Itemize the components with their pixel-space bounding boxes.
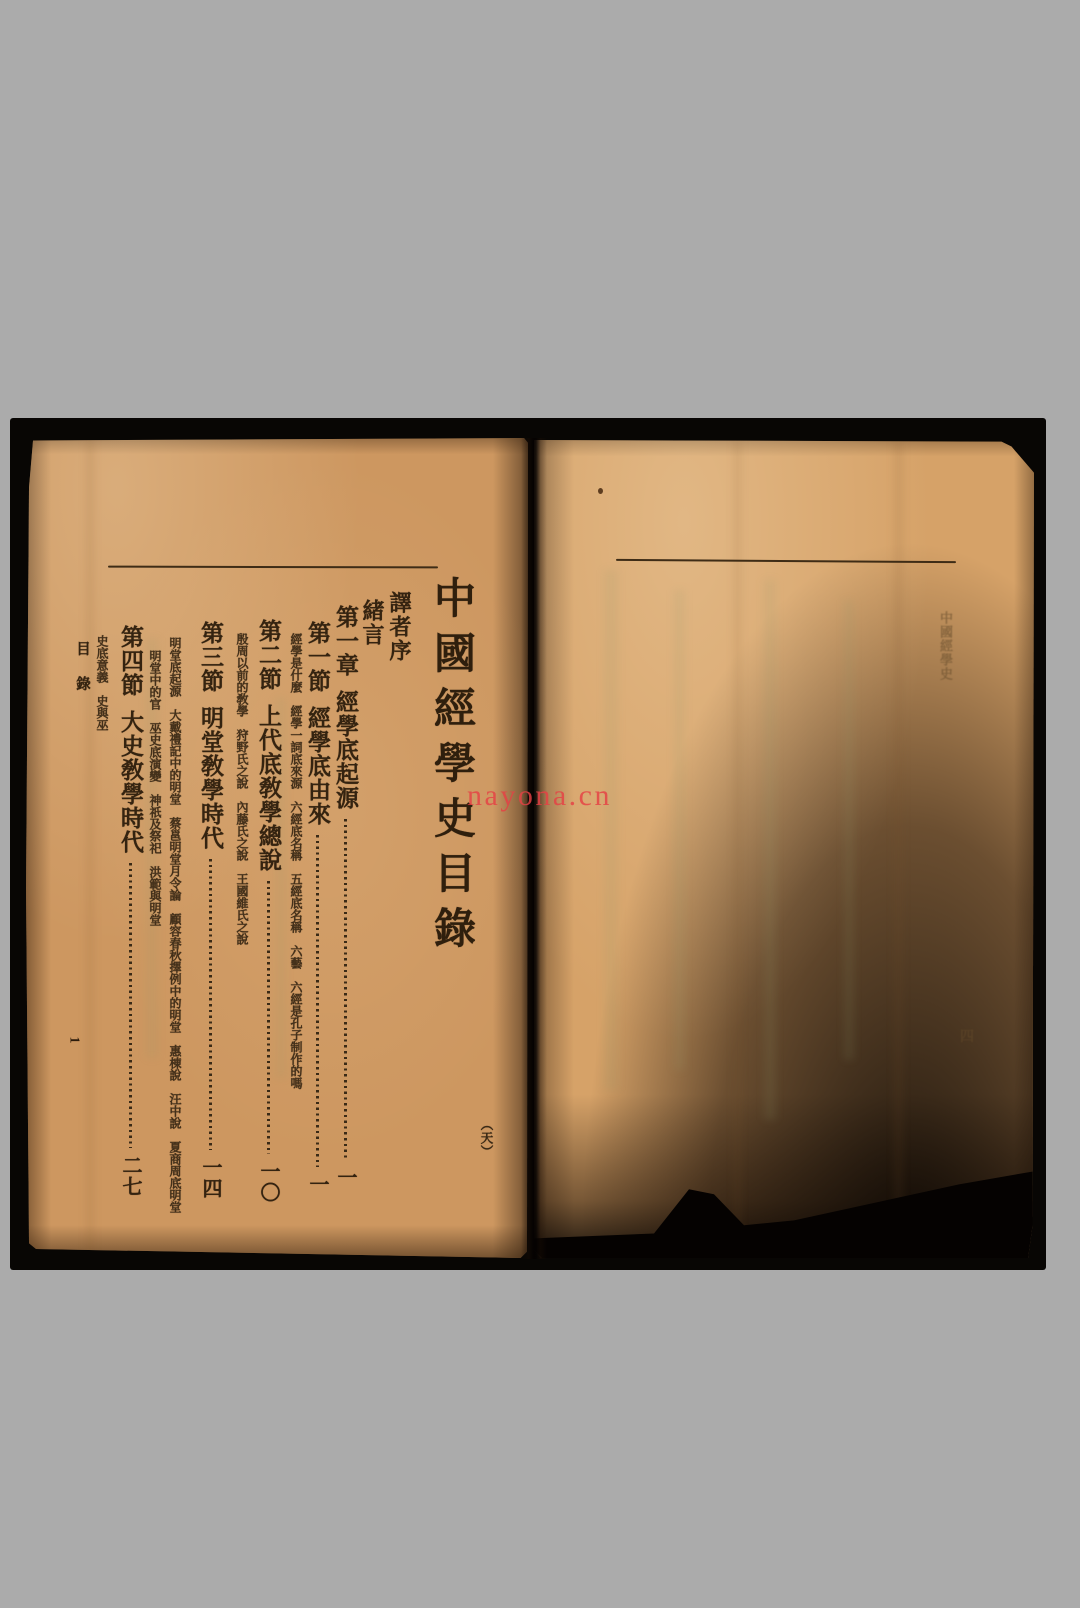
paper-crease — [734, 440, 741, 1258]
dotted-leader — [267, 881, 270, 1154]
show-through-streak — [764, 580, 776, 1120]
right-page — [534, 440, 1034, 1258]
entry-page-number: 二七 — [116, 1155, 145, 1197]
book-gutter — [521, 438, 547, 1259]
toc-entry-section-2: 第二節 上代底敎學總說 一〇 — [252, 619, 285, 1203]
entry-title: 大史敎學時代 — [114, 710, 147, 854]
toc-entry-section-3: 第三節 明堂敎學時代 一四 — [194, 621, 227, 1199]
running-header: 目 錄 — [72, 641, 93, 694]
entry-page-number: 一 — [331, 1167, 360, 1188]
dotted-leader — [129, 863, 132, 1148]
entry-page-number: 一四 — [196, 1157, 225, 1199]
page-title: 中國經學史目錄 — [421, 576, 481, 961]
toc-item-translator-preface: 譯者序 — [384, 591, 415, 663]
toc-entry-section-4: 第四節 大史敎學時代 二七 — [114, 625, 147, 1197]
show-through-streak — [844, 600, 854, 1060]
entry-label: 第一節 — [301, 621, 334, 693]
entry-label: 第二節 — [252, 619, 285, 691]
dotted-leader — [209, 859, 212, 1150]
section-4-subtopics: 史底意義 史與巫 — [94, 635, 111, 731]
section-2-subtopics: 殷周以前的敎學 狩野氏之說 內藤氏之說 王國維氏之說 — [234, 633, 251, 945]
toc-entry-section-1: 第一節 經學底由來 一 — [301, 621, 334, 1195]
dotted-leader — [344, 819, 347, 1160]
entry-title: 上代底敎學總說 — [252, 704, 285, 872]
entry-page-number: 一〇 — [254, 1161, 283, 1203]
entry-label: 第四節 — [114, 625, 147, 697]
scanned-book-spread: 中國經學史目錄 譯者序 緒言 第一章 經學底起源 一 第一節 經學底由來 一 第… — [0, 0, 1080, 1608]
show-through-running-header: 中國經學史 — [936, 611, 955, 681]
folio-number: 1 — [66, 1037, 82, 1044]
show-through-folio: 四 — [960, 1026, 974, 1046]
show-through-streak — [674, 590, 685, 1070]
section-3-subtopics-a: 明堂底起源 大戴禮記中的明堂 蔡邕明堂月令論 顧容春秋擇例中的明堂 惠棟說 汪中… — [167, 637, 184, 1213]
entry-title: 經學底由來 — [301, 706, 334, 826]
paper-crease — [86, 438, 94, 1258]
paper-speck — [598, 488, 603, 494]
entry-title: 明堂敎學時代 — [194, 706, 227, 850]
entry-label: 第三節 — [194, 621, 227, 693]
site-watermark: nayona.cn — [467, 779, 612, 813]
dotted-leader — [316, 835, 319, 1167]
entry-page-number: 一 — [303, 1174, 332, 1195]
section-1-subtopics: 經學是什麼 經學一詞底來源 六經底名稱 五經底名稱 六藝 六經是孔子制作的嗎 — [288, 633, 305, 1089]
section-3-subtopics-b: 明堂中的官 巫史底演變 神祇及祭祀 洪範與明堂 — [147, 650, 164, 926]
show-through-streak — [604, 570, 618, 1090]
sheet-signature-mark: （天） — [477, 1118, 495, 1159]
